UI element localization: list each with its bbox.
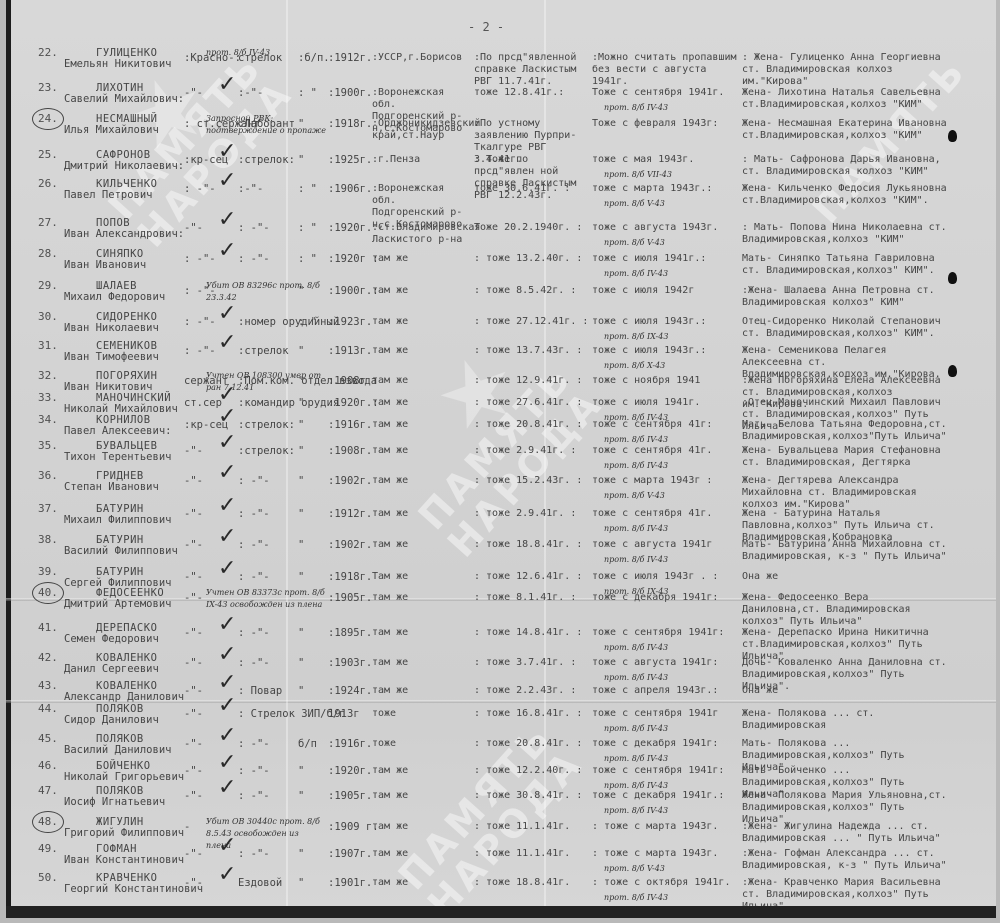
rank-cell: -"- [184, 765, 203, 777]
status-cell: : тоже 27.12.41г. : [474, 316, 589, 328]
missing-cell: Тоже с сентября 1941г. [592, 87, 737, 99]
checkmark-icon: ✓ [218, 308, 236, 320]
handwritten-note: прот. 8/б IV-43 [604, 460, 668, 472]
given-cell: Иван Николаевич [64, 322, 159, 334]
birth-cell: :Орджоникидзевский край,ст.Наур [372, 118, 472, 142]
checkmark-icon: ✓ [218, 649, 236, 661]
status-cell: Тоже 20.2.1940г. : [474, 222, 589, 234]
kin-cell: Отец-Сидоренко Николай Степанович ст. Вл… [742, 316, 952, 340]
checkmark-icon: ✓ [218, 677, 236, 689]
kin-cell: :Жена- Жигулина Надежда ... ст. Владимир… [742, 821, 952, 845]
pos-cell: Ездовой [238, 877, 282, 889]
birth-cell: там же [372, 848, 472, 860]
birth-cell: там же [372, 657, 472, 669]
status-cell: :По прсд"явленной справке Ласкистым РВГ … [474, 52, 589, 88]
party-cell: " [298, 445, 304, 457]
year-cell: :1920г. [328, 222, 372, 234]
handwritten-note: прот. 8/б IV-43 [604, 642, 668, 654]
rank-cell: -"- [184, 571, 203, 583]
row-number: 50. [38, 872, 58, 884]
status-cell: : тоже 2.2.43г. : [474, 685, 589, 697]
birth-cell: там же [372, 345, 472, 357]
given-cell: Михаил Федорович [64, 291, 165, 303]
checkmark-icon: ✓ [218, 245, 236, 257]
rank-cell: : -"- [184, 316, 216, 328]
year-cell: :1918г. [328, 571, 372, 583]
kin-cell: Мать- Батурина Анна Михайловна ст. Влади… [742, 539, 952, 563]
row-number: 44. [38, 703, 58, 715]
given-cell: Павел Петрович [64, 189, 153, 201]
row-number: 37. [38, 503, 58, 515]
birth-cell: :г.Пенза [372, 154, 472, 166]
given-cell: Дмитрий Артемович [64, 598, 171, 610]
row-number: 22. [38, 47, 58, 59]
birth-cell: там же [372, 475, 472, 487]
checkmark-icon: ✓ [218, 337, 236, 349]
birth-cell: там же [372, 685, 472, 697]
year-cell: :1903г. [328, 657, 372, 669]
checkmark-icon: ✓ [218, 730, 236, 742]
year-cell: :1895г. [328, 627, 372, 639]
kin-cell: Жена- Бувальцева Мария Стефановна ст. Вл… [742, 445, 952, 469]
checkmark-icon: ✓ [218, 146, 236, 158]
status-cell: : тоже 11.1.41г. [474, 821, 589, 833]
birth-cell: там же [372, 419, 472, 431]
missing-cell: : тоже с марта 1943г. [592, 821, 737, 833]
missing-cell: тоже с декабря 1941г: [592, 592, 737, 604]
row-number: 35. [38, 440, 58, 452]
missing-cell: тоже с марта 1943г.: [592, 183, 737, 195]
status-cell: : тоже 12.2.40г. : [474, 765, 589, 777]
birth-cell: тоже [372, 738, 472, 750]
status-cell: : тоже 3.7.41г. : [474, 657, 589, 669]
birth-cell: Там же [372, 571, 472, 583]
status-cell: : тоже 11.1.41г. [474, 848, 589, 860]
missing-cell: тоже с сентября 1941г: [592, 765, 737, 777]
birth-cell: :Ст.Владимировская Ласкистого р-на [372, 222, 472, 246]
row-number: 26. [38, 178, 58, 190]
kin-cell: : Мать- Сафронова Дарья Ивановна, ст. Вл… [742, 154, 952, 178]
given-cell: Василий Филиппович [64, 545, 178, 557]
handwritten-note: прот. 8/б IX-43 [604, 331, 668, 343]
given-cell: Тихон Терентьевич [64, 451, 171, 463]
year-cell: :1920г.: [328, 397, 379, 409]
missing-cell: тоже с августа 1941г: [592, 657, 737, 669]
birth-cell: там же [372, 765, 472, 777]
kin-cell: Мать- Синяпко Татьяна Гавриловна ст. Вла… [742, 253, 952, 277]
checkmark-icon: ✓ [218, 563, 236, 575]
row-number: 36. [38, 470, 58, 482]
archive-document-page: ★ ПАМЯТЬ НАРОДА ★ ПАМЯТЬ НАРОДА ПАМЯТЬ Н… [6, 0, 996, 918]
given-cell: Георгий Константинович [64, 883, 203, 895]
rank-cell: -"- [184, 87, 203, 99]
rank-cell: ст.сер [184, 397, 222, 409]
kin-cell: Жена- Дегтярева Александра Михайловна ст… [742, 475, 952, 511]
rank-cell: -"- [184, 877, 203, 889]
handwritten-note: прот. 8/б V-43 [604, 198, 665, 210]
party-cell: " [298, 627, 304, 639]
party-cell: " [298, 508, 304, 520]
year-cell: 1913г [328, 708, 360, 720]
year-cell: :1925г. [328, 154, 372, 166]
year-cell: :1900г. [328, 87, 372, 99]
status-cell: : тоже 8.5.42г. : [474, 285, 589, 297]
missing-cell: тоже с июля 1943г . : [592, 571, 737, 583]
checkmark-icon: ✓ [218, 175, 236, 187]
party-cell: " [298, 765, 304, 777]
missing-cell: тоже с сентября 41г: [592, 419, 737, 431]
missing-cell: тоже с июля 1943г.: [592, 345, 737, 357]
handwritten-note: прот. 8/б IV-43 [604, 805, 668, 817]
missing-cell: тоже с июля 1942г [592, 285, 737, 297]
row-number: 31. [38, 340, 58, 352]
pos-cell: :командир орудия [238, 397, 339, 409]
rank-cell: : -"- [184, 183, 216, 195]
birth-cell: там же [372, 316, 472, 328]
pos-cell: :стрелок: [238, 419, 295, 431]
checkmark-icon: ✓ [218, 782, 236, 794]
birth-cell: там же [372, 397, 472, 409]
given-cell: Савелий Михайлович: [64, 93, 184, 105]
checkmark-icon: ✓ [218, 619, 236, 631]
row-number: 46. [38, 760, 58, 772]
year-cell: :1902г. [328, 539, 372, 551]
handwritten-note: прот. 8/б V-43 [604, 490, 665, 502]
checkmark-icon: ✓ [218, 700, 236, 712]
missing-cell: тоже с мая 1943г. [592, 154, 737, 166]
birth-cell: там же [372, 253, 472, 265]
status-cell: : тоже 2.9.41г. : [474, 445, 589, 457]
kin-cell: Жена- Лихотина Наталья Савельевна ст.Вла… [742, 87, 952, 111]
checkmark-icon: ✓ [218, 214, 236, 226]
party-cell: " [298, 397, 304, 409]
year-cell: :1916г. [328, 738, 372, 750]
given-cell: Иван Константинович [64, 854, 184, 866]
party-cell: " [298, 685, 304, 697]
party-cell: " [298, 419, 304, 431]
scan-edge [6, 906, 996, 918]
pos-cell: :стрелок [238, 345, 289, 357]
given-cell: Сидор Данилович [64, 714, 159, 726]
given-cell: Николай Григорьевич [64, 771, 184, 783]
paper-fold [286, 0, 288, 918]
checkmark-icon: ✓ [218, 500, 236, 512]
party-cell: : " [298, 183, 317, 195]
rank-cell: -"- [184, 685, 203, 697]
birth-cell: там же [372, 508, 472, 520]
handwritten-note: Учтен ОВ 83373с прот. 8/б IX-43 освобожд… [206, 587, 326, 611]
rank-cell: -"- [184, 475, 203, 487]
given-cell: Данил Сергеевич [64, 663, 159, 675]
kin-cell: Жена- Кильченко Федосия Лукьяновна ст.Вл… [742, 183, 952, 207]
row-number: 30. [38, 311, 58, 323]
given-cell: Александр Данилович [64, 691, 184, 703]
checkmark-icon: ✓ [218, 467, 236, 479]
status-cell: тоже 12.8.41г.: [474, 87, 589, 99]
kin-cell: :Жена- Гофман Александра ... ст. Владими… [742, 848, 952, 872]
rank-cell: : -"- [184, 345, 216, 357]
status-cell: тоже 30.6.41г. : [474, 183, 589, 195]
pos-cell: :стрелок: [238, 445, 295, 457]
handwritten-note: прот. 8/б V-43 [604, 237, 665, 249]
pos-cell: : -"- [238, 475, 270, 487]
pos-cell: : -"- [238, 738, 270, 750]
rank-cell: -"- [184, 539, 203, 551]
given-cell: Дмитрий Николаевич: [64, 160, 184, 172]
status-cell: : тоже 12.6.41г. : [474, 571, 589, 583]
pos-cell: : Повар [238, 685, 282, 697]
kin-cell: Жена- Федосеенко Вера Даниловна,ст. Влад… [742, 592, 952, 628]
birth-cell: там же [372, 627, 472, 639]
missing-cell: тоже с апреля 1943г.: [592, 685, 737, 697]
party-cell: : " [298, 87, 317, 99]
party-cell: " [298, 790, 304, 802]
kin-cell: : Мать- Попова Нина Николаевна ст. Влади… [742, 222, 952, 246]
party-cell: " [298, 475, 304, 487]
row-number: 32. [38, 370, 58, 382]
status-cell: : тоже 18.8.41г. : [474, 539, 589, 551]
kin-cell: Мать- Белова Татьяна Федоровна,ст. Влади… [742, 419, 952, 443]
handwritten-note: прот. 8/б IV-43 [604, 554, 668, 566]
given-cell: Емельян Никитович [64, 58, 171, 70]
row-number: 41. [38, 622, 58, 634]
handwritten-note: прот. 8/б X-43 [604, 360, 665, 372]
year-cell: :1907г. [328, 848, 372, 860]
given-cell: Иван Иванович [64, 259, 146, 271]
row-number: 25. [38, 149, 58, 161]
status-cell: : тоже 20.8.41г. : [474, 419, 589, 431]
year-cell: :1908г. [328, 445, 372, 457]
missing-cell: тоже с сентября 41г. [592, 445, 737, 457]
birth-cell: там же [372, 285, 472, 297]
row-number: 40. [32, 582, 64, 604]
row-number: 45. [38, 733, 58, 745]
rank-cell: -"- [184, 848, 203, 860]
rank-cell: -"- [184, 445, 203, 457]
missing-cell: тоже с ноября 1941 [592, 375, 737, 387]
missing-cell: тоже с декабря 1941г: [592, 738, 737, 750]
given-cell: Иван Тимофеевич [64, 351, 159, 363]
year-cell: :1916г. [328, 419, 372, 431]
year-cell: :1900г.: [328, 285, 379, 297]
year-cell: :1902г. [328, 475, 372, 487]
year-cell: :1918г. [328, 118, 372, 130]
status-cell: : тоже 14.8.41г. : [474, 627, 589, 639]
row-number: 34. [38, 414, 58, 426]
row-number: 29. [38, 280, 58, 292]
missing-cell: тоже с августа 1941г [592, 539, 737, 551]
birth-cell: тоже [372, 708, 472, 720]
party-cell: " [298, 877, 304, 889]
pos-cell: : -"- [238, 790, 270, 802]
handwritten-note: прот. 8/б IV-43 [604, 753, 668, 765]
birth-cell: там же [372, 821, 472, 833]
party-cell: б/п [298, 738, 317, 750]
birth-cell: там же [372, 877, 472, 889]
handwritten-note: Запросной РВК: подтверждение о пропаже [206, 113, 326, 137]
year-cell: :1912г. [328, 508, 372, 520]
given-cell: Иван Александрович: [64, 228, 184, 240]
year-cell: :1924г. [328, 685, 372, 697]
missing-cell: тоже с июля 1941г.: [592, 253, 737, 265]
row-number: 38. [38, 534, 58, 546]
year-cell: :1905г. [328, 592, 372, 604]
party-cell: : " [298, 316, 317, 328]
pos-cell: : -"- [238, 571, 270, 583]
missing-cell: :Можно считать пропавшим без вести с авг… [592, 52, 737, 88]
given-cell: Илья Михайлович [64, 124, 159, 136]
kin-cell: Она же [742, 685, 952, 697]
status-cell: : тоже 15.2.43г. : [474, 475, 589, 487]
missing-cell: тоже с июля 1943г.: [592, 316, 737, 328]
party-cell: :б/п. [298, 52, 330, 64]
pos-cell: : -"- [238, 848, 270, 860]
row-number: 28. [38, 248, 58, 260]
birth-cell: там же [372, 375, 472, 387]
missing-cell: тоже с июля 1941г. [592, 397, 737, 409]
missing-cell: Тоже с февраля 1943г: [592, 118, 737, 130]
given-cell: Василий Данилович [64, 744, 171, 756]
year-cell: :1912г. [328, 52, 372, 64]
birth-cell: там же [372, 539, 472, 551]
handwritten-note: прот. 8/б IV-43 [604, 892, 668, 904]
rank-cell: - [184, 821, 190, 833]
missing-cell: тоже с сентября 1941г: [592, 627, 737, 639]
party-cell: " [298, 848, 304, 860]
row-number: 27. [38, 217, 58, 229]
rank-cell: -"- [184, 627, 203, 639]
pos-cell: : -"- [238, 508, 270, 520]
status-cell: : тоже 13.7.43г. : [474, 345, 589, 357]
kin-cell: Жена- Несмашная Екатерина Ивановна ст.Вл… [742, 118, 952, 142]
given-cell: Михаил Филиппович [64, 514, 171, 526]
row-number: 23. [38, 82, 58, 94]
year-cell: :1908г : [328, 375, 379, 387]
checkmark-icon: ✓ [218, 437, 236, 449]
pos-cell: : -"- [238, 657, 270, 669]
checkmark-icon: ✓ [218, 389, 236, 401]
pos-cell: : -"- [238, 765, 270, 777]
pos-cell: : -"- [238, 539, 270, 551]
year-cell: :1913г. [328, 345, 372, 357]
party-cell: " [298, 154, 304, 166]
checkmark-icon: ✓ [218, 840, 236, 852]
status-cell: : тоже 16.8.41г. : [474, 708, 589, 720]
row-number: 33. [38, 392, 58, 404]
given-cell: Иосиф Игнатьевич [64, 796, 165, 808]
page-number: - 2 - [468, 20, 504, 34]
missing-cell: тоже с августа 1943г. [592, 222, 737, 234]
year-cell: :1920г. [328, 765, 372, 777]
kin-cell: : Жена- Гулиценко Анна Георгиевна ст. Вл… [742, 52, 952, 88]
rank-cell: : -"- [184, 253, 216, 265]
handwritten-note: прот. 8/б IV-43 [604, 268, 668, 280]
status-cell: : тоже 20.8.41г. : [474, 738, 589, 750]
row-number: 39. [38, 566, 58, 578]
status-cell: : тоже 18.8.41г. [474, 877, 589, 889]
party-cell: " [298, 657, 304, 669]
birth-cell: :УССР,г.Борисов [372, 52, 472, 64]
handwritten-note: прот. 8/б VII-43 [604, 169, 672, 181]
given-cell: Павел Алексеевич: [64, 425, 171, 437]
party-cell: : " [298, 253, 317, 265]
rank-cell: -"- [184, 222, 203, 234]
pos-cell: : -"- [238, 222, 270, 234]
row-number: 43. [38, 680, 58, 692]
missing-cell: тоже с декабря 1941г.: [592, 790, 737, 802]
rank-cell: -"- [184, 657, 203, 669]
party-cell: " [298, 345, 304, 357]
checkmark-icon: ✓ [218, 79, 236, 91]
missing-cell: тоже с сентября 41г. [592, 508, 737, 520]
missing-cell: : тоже с марта 1943г. [592, 848, 737, 860]
missing-cell: тоже с марта 1943г : [592, 475, 737, 487]
handwritten-note: прот. 8/б V-43 [604, 863, 665, 875]
kin-cell: :Жена- Шалаева Анна Петровна ст. Владими… [742, 285, 952, 309]
party-cell: : " [298, 222, 317, 234]
given-cell: Семен Федорович [64, 633, 159, 645]
party-cell: " [298, 571, 304, 583]
row-number: 48. [32, 811, 64, 833]
handwritten-note: прот. 8/б IV-43 [206, 47, 270, 59]
pos-cell: : -"- [238, 253, 270, 265]
kin-cell: Жена- Полякова ... ст. Владимировская [742, 708, 952, 732]
checkmark-icon: ✓ [218, 869, 236, 881]
handwritten-note: прот. 8/б IV-43 [604, 672, 668, 684]
status-cell: : тоже 27.6.41г. : [474, 397, 589, 409]
kin-cell: Она же [742, 571, 952, 583]
pos-cell: :номер орудийный [238, 316, 339, 328]
party-cell: " [298, 539, 304, 551]
pos-cell: :стрелок: [238, 154, 295, 166]
birth-cell: там же [372, 592, 472, 604]
status-cell: : тоже 30.8.41г. : [474, 790, 589, 802]
given-cell: Григорий Филиппович [64, 827, 184, 839]
year-cell: :1920г : [328, 253, 379, 265]
year-cell: :1905г. [328, 790, 372, 802]
rank-cell: -"- [184, 592, 203, 604]
handwritten-note: прот. 8/б IV-43 [604, 723, 668, 735]
year-cell: :1923г. [328, 316, 372, 328]
status-cell: : тоже 13.2.40г. : [474, 253, 589, 265]
pos-cell: :-"- [238, 183, 263, 195]
birth-cell: там же [372, 445, 472, 457]
row-number: 42. [38, 652, 58, 664]
checkmark-icon: ✓ [218, 411, 236, 423]
status-cell: : тоже 2.9.41г. : [474, 508, 589, 520]
checkmark-icon: ✓ [218, 757, 236, 769]
checkmark-icon: ✓ [218, 531, 236, 543]
missing-cell: тоже с сентября 1941г [592, 708, 737, 720]
rank-cell: -"- [184, 708, 203, 720]
birth-cell: там же [372, 790, 472, 802]
year-cell: :1901г. [328, 877, 372, 889]
row-number: 47. [38, 785, 58, 797]
rank-cell: -"- [184, 790, 203, 802]
row-number: 49. [38, 843, 58, 855]
given-cell: Степан Иванович [64, 481, 159, 493]
rank-cell: -"- [184, 508, 203, 520]
year-cell: :1906г. [328, 183, 372, 195]
pos-cell: : -"- [238, 627, 270, 639]
row-number: 24. [32, 108, 64, 130]
rank-cell: -"- [184, 738, 203, 750]
status-cell: : тоже 12.9.41г. : [474, 375, 589, 387]
pos-cell: :-"- [238, 87, 263, 99]
status-cell: : тоже 8.1.41г. : [474, 592, 589, 604]
year-cell: :1909 г. [328, 821, 379, 833]
handwritten-note: прот. 8/б IV-43 [604, 102, 668, 114]
